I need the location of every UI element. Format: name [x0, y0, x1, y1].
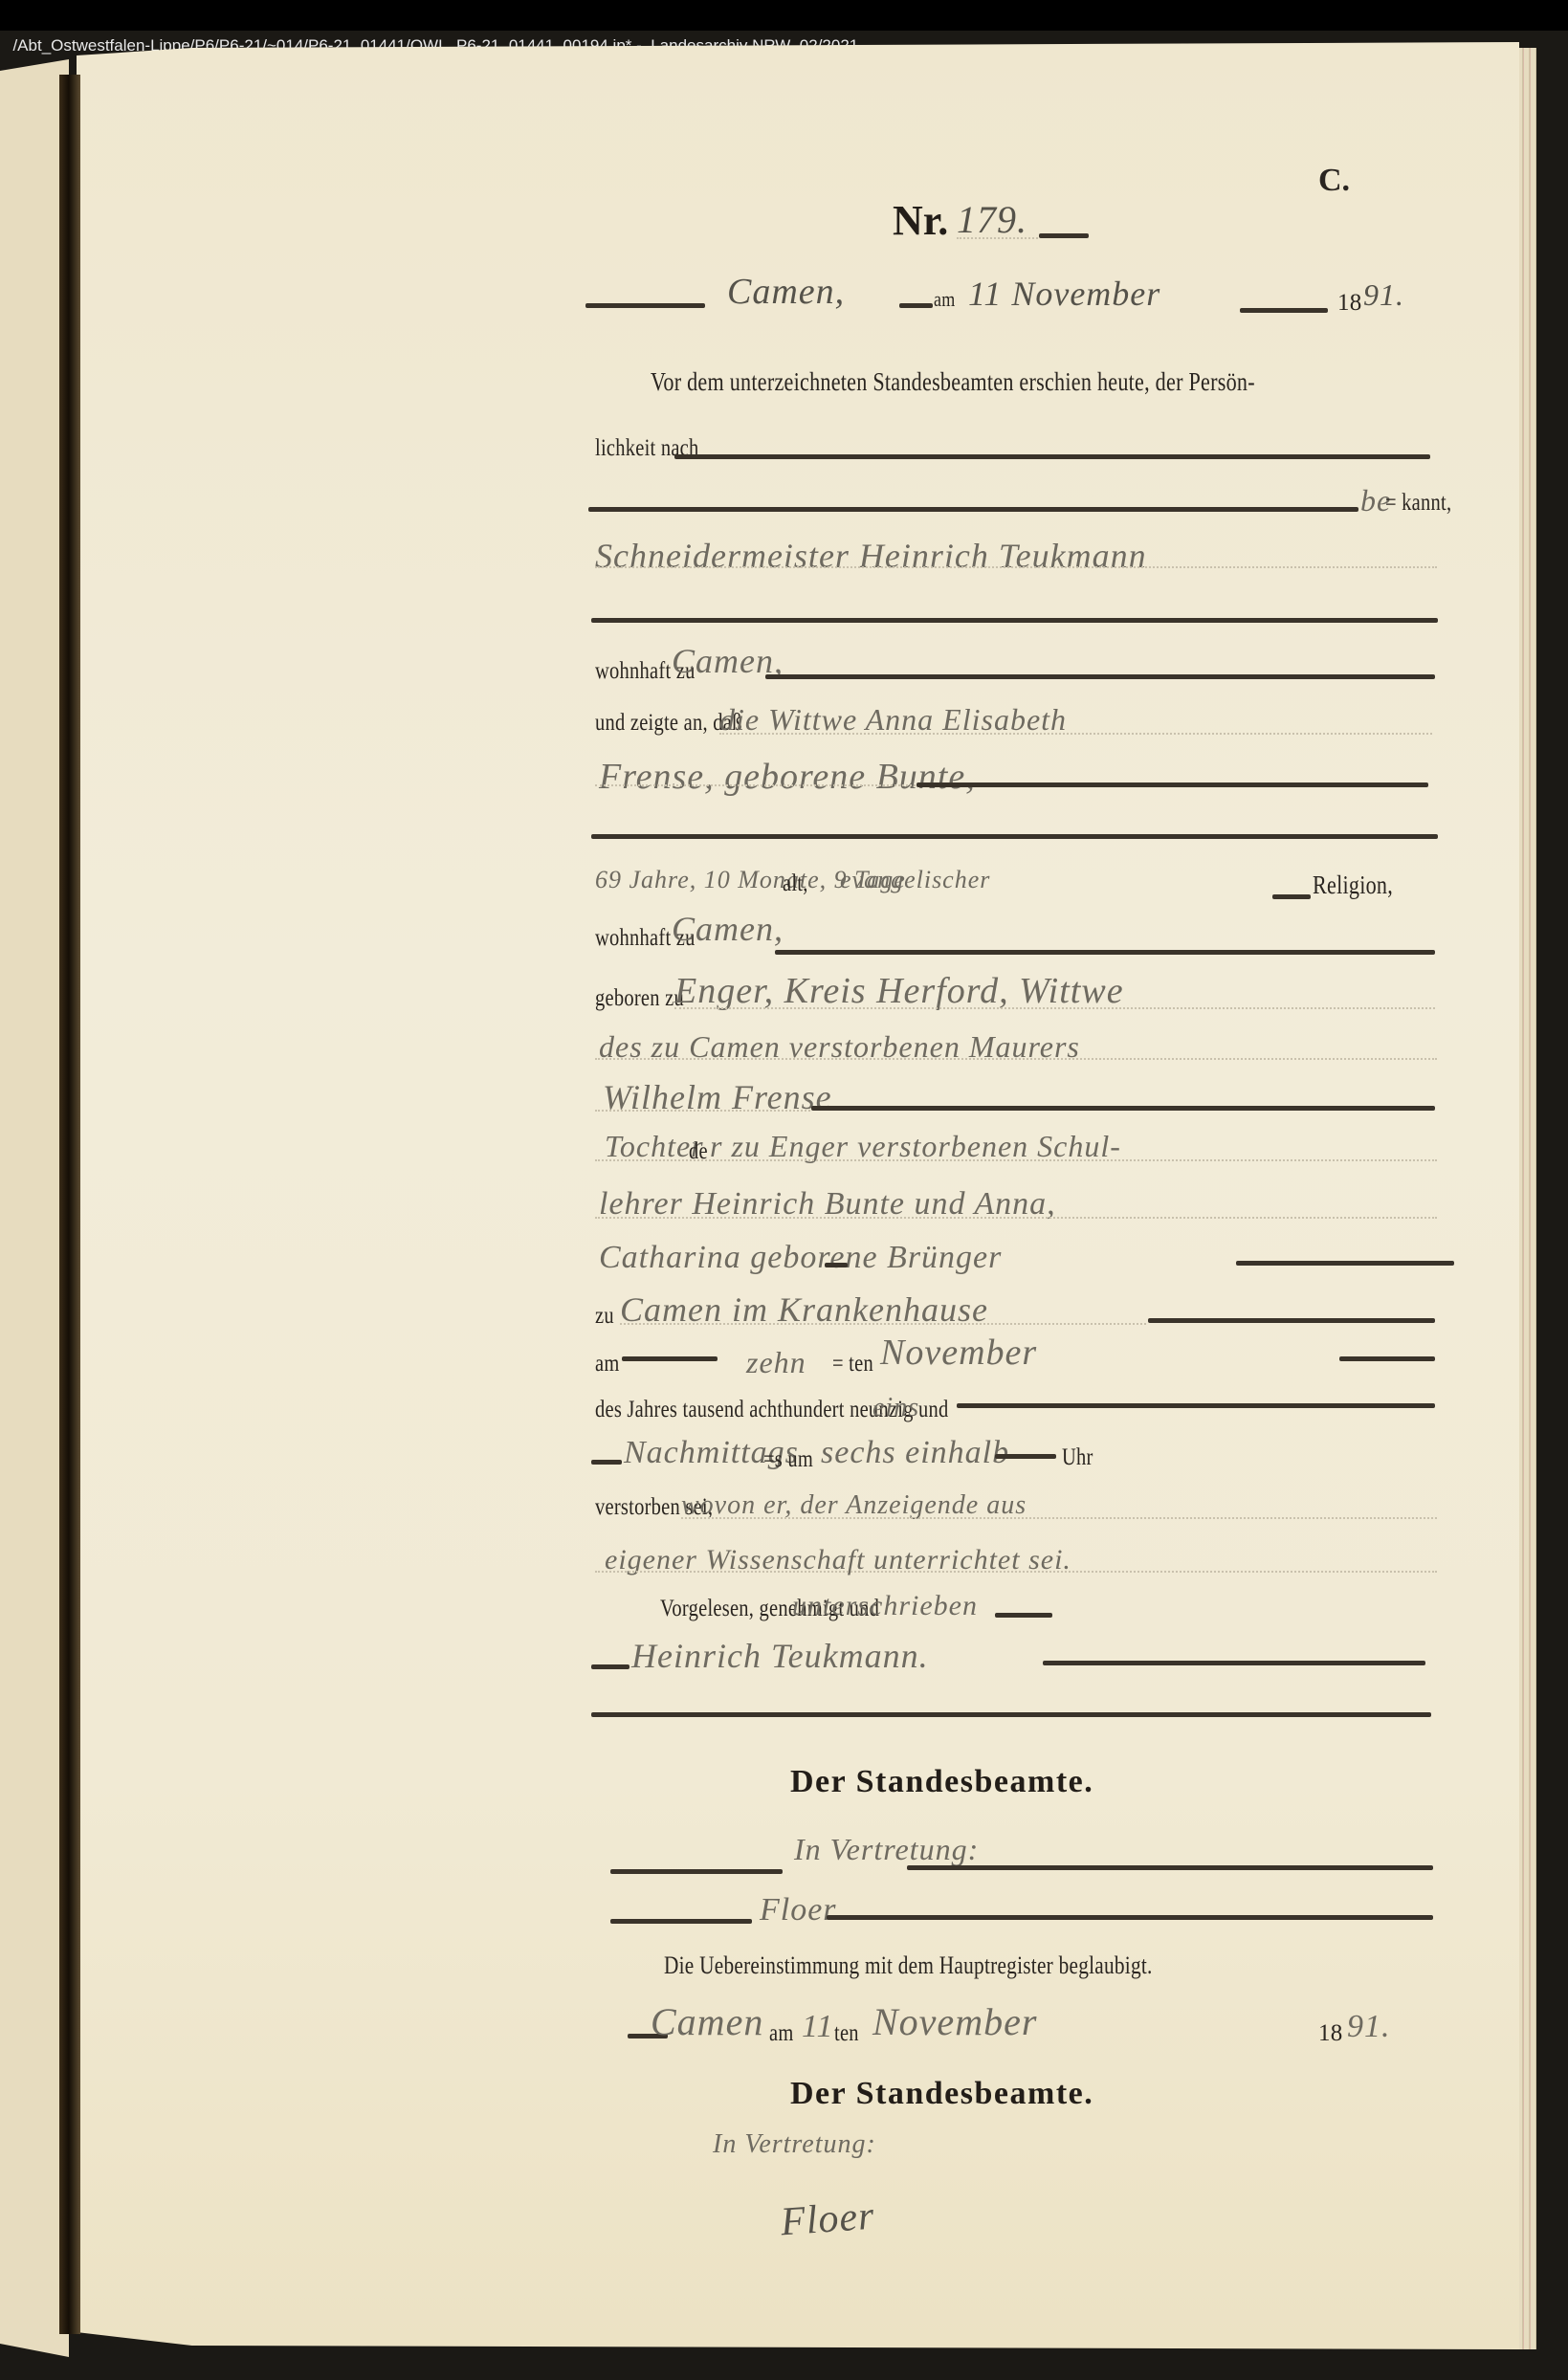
form-rule [1236, 1261, 1454, 1266]
registrar-signature-1: Floer [760, 1892, 837, 1928]
form-rule [917, 782, 1428, 787]
birth-line-1: Enger, Kreis Herford, Wittwe [674, 970, 1124, 1012]
geboren-label: geboren zu [595, 985, 684, 1012]
form-rule [1240, 308, 1328, 313]
informant-signature: Heinrich Teukmann. [631, 1636, 929, 1676]
place-of-record: Camen, [727, 271, 845, 313]
cert-ten: ten [834, 2020, 859, 2047]
parents-line-3: Catharina geborene Brünger [599, 1240, 1002, 1276]
uhr-label: Uhr [1062, 1444, 1093, 1471]
registrar-deputy-1: In Vertretung: [794, 1832, 979, 1867]
dotted-line [595, 566, 1437, 568]
form-rule [585, 303, 705, 308]
death-time: sechs einhalb [821, 1435, 1009, 1471]
certification-text: Die Uebereinstimmung mit dem Hauptregist… [664, 1951, 1153, 1980]
death-year: eins [872, 1393, 919, 1423]
form-rule [591, 1460, 622, 1465]
vorgelesen-hand: unterschrieben [792, 1590, 978, 1622]
form-rule [1339, 1356, 1435, 1361]
form-rule [674, 454, 1430, 459]
bekannt-label: = kannt, [1385, 490, 1451, 517]
death-month: November [880, 1332, 1037, 1374]
form-rule [1272, 894, 1311, 899]
form-rule [907, 1865, 1433, 1870]
form-rule [827, 1915, 1433, 1920]
form-rule [811, 1106, 1435, 1111]
um-label: =s um [763, 1446, 813, 1473]
dotted-line [595, 1159, 1437, 1161]
alt-label: alt, [783, 870, 808, 897]
death-record: C. Nr. 179. Camen, am 11 November 18 91.… [0, 0, 1568, 2380]
cert-place: Camen [651, 1999, 763, 2044]
form-rule [610, 1919, 752, 1924]
cert-year-prefix: 18 [1318, 2020, 1343, 2047]
form-rule [622, 1356, 718, 1361]
form-rule [1043, 1661, 1425, 1665]
form-rule [957, 1403, 1435, 1408]
religion-label: Religion, [1313, 870, 1393, 900]
cert-month: November [872, 1999, 1037, 2044]
form-rule [1148, 1318, 1435, 1323]
am-label-2: am [595, 1351, 620, 1377]
intro-line-1: Vor dem unterzeichneten Standesbeamten e… [651, 367, 1255, 397]
dotted-line [681, 1517, 1437, 1519]
form-rule [765, 674, 1435, 679]
zu-label: zu [595, 1303, 614, 1330]
cert-am: am [769, 2020, 794, 2047]
form-rule [995, 1613, 1052, 1618]
form-rule [588, 507, 1358, 512]
dotted-line [595, 1217, 1437, 1219]
form-rule [591, 618, 1438, 623]
dotted-line [957, 237, 1038, 239]
dotted-line [595, 1571, 1437, 1573]
form-rule [610, 1869, 783, 1874]
cert-day: 11 [802, 2009, 833, 2045]
dotted-line [595, 1110, 810, 1112]
ten-label: = ten [832, 1351, 873, 1377]
am-label: am [934, 287, 956, 312]
cert-year-suffix: 91. [1347, 2009, 1391, 2045]
record-date: 11 November [968, 274, 1160, 314]
dotted-line [595, 784, 916, 786]
record-number: 179. [957, 197, 1027, 242]
deceased-residence: Camen, [672, 909, 784, 949]
form-rule [1039, 233, 1089, 238]
registrar-signature-2: Floer [779, 2193, 875, 2246]
form-letter: C. [1318, 163, 1350, 199]
dotted-line [620, 1323, 1146, 1325]
deceased-line-2: Frense, geborene Bunte, [599, 756, 976, 798]
informant-name: Schneidermeister Heinrich Teukmann [595, 536, 1147, 576]
form-rule [591, 1712, 1431, 1717]
form-rule [899, 303, 933, 308]
registrar-heading-2: Der Standesbeamte. [790, 2076, 1093, 2112]
registrar-heading-1: Der Standesbeamte. [790, 1764, 1093, 1800]
form-rule [591, 1664, 629, 1669]
dotted-line [674, 1007, 1435, 1009]
registrar-deputy-2: In Vertretung: [713, 2129, 876, 2160]
death-day: zehn [746, 1345, 806, 1380]
form-rule [995, 1454, 1056, 1459]
number-label: Nr. [893, 196, 948, 245]
form-rule [775, 950, 1435, 955]
form-rule [591, 834, 1438, 839]
dotted-line [595, 1058, 1437, 1060]
form-rule [825, 1263, 848, 1267]
dotted-line [719, 733, 1432, 735]
religion-value: evangelischer [840, 866, 990, 894]
year-suffix: 91. [1363, 277, 1404, 313]
year-prefix: 18 [1337, 290, 1362, 317]
